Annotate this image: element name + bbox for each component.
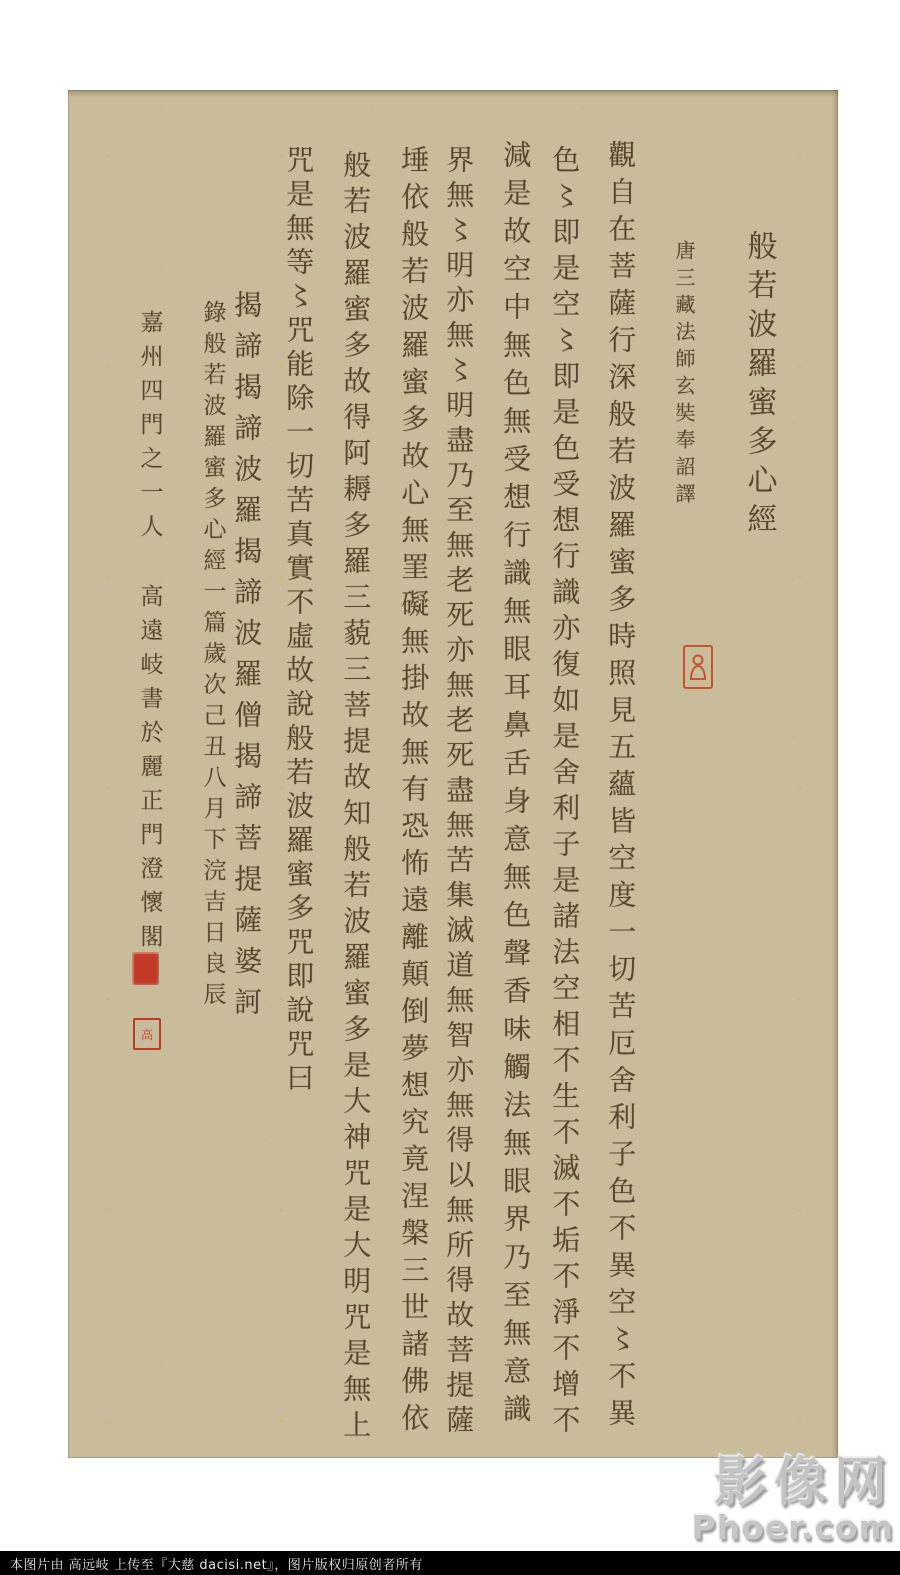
column-body-1: 觀自在菩薩行深般若波羅蜜多時照見五蘊皆空度一切苦厄舍利子色不異空〻不異 xyxy=(603,140,635,1435)
caption-text: 本图片由 高远岐 上传至『大慈 dacisi.net』，图片版权归原创者所有 xyxy=(0,1554,423,1573)
column-body-3: 減是故空中無色無受想行識無眼耳鼻舌身意無色聲香味觸法無眼界乃至無意識 xyxy=(498,140,530,1432)
column-body-2: 色〻即是空〻即是色受想行識亦復如是舍利子是諸法空相不生不滅不垢不淨不增不 xyxy=(547,145,579,1441)
column-body-7: 咒是無等〻咒能除一切苦真實不虛故說般若波羅蜜多咒即說咒曰 xyxy=(281,145,313,1097)
column-body-6: 般若波羅蜜多故得阿耨多羅三藐三菩提故知般若波羅蜜多是大神咒是大明咒是無上 xyxy=(338,150,370,1446)
calligraphy-paper: 般若波羅蜜多心經唐三藏法師玄奘奉詔譯觀自在菩薩行深般若波羅蜜多時照見五蘊皆空度一… xyxy=(68,90,838,1458)
column-body-4: 界無〻明亦無〻明盡乃至無老死亦無老死盡無苦集滅道無智亦無得以無所得故菩提薩 xyxy=(441,145,473,1440)
artist-seal-outline-glyph: 高 xyxy=(141,1026,153,1043)
photo-frame: 般若波羅蜜多心經唐三藏法師玄奘奉詔譯觀自在菩薩行深般若波羅蜜多時照見五蘊皆空度一… xyxy=(0,0,900,1575)
column-mantra: 揭諦揭諦波羅揭諦波羅僧揭諦菩提薩婆訶 xyxy=(229,290,261,1028)
column-colophon: 錄般若波羅蜜多心經一篇歲次己丑八月下浣吉日良辰 xyxy=(199,300,225,1013)
watermark-chinese-logo: 影像网 xyxy=(594,1456,894,1509)
artist-seal-solid xyxy=(132,952,159,985)
column-title-translator: 唐三藏法師玄奘奉詔譯 xyxy=(671,240,694,510)
column-signature: 嘉州四門之一人 高遠岐書於麗正門澄懷閣 xyxy=(136,310,162,958)
site-watermark: 影像网 Phoer.com xyxy=(594,1456,894,1544)
artist-seal-outline: 高 xyxy=(133,1018,161,1050)
column-body-5: 埵依般若波羅蜜多故心無罣礙無掛故無有恐怖遠離顛倒夢想究竟涅槃三世諸佛依 xyxy=(396,145,428,1440)
buddha-seal xyxy=(683,645,713,689)
column-title-main: 般若波羅蜜多心經 xyxy=(741,230,776,542)
watermark-domain-logo: Phoer.com xyxy=(594,1511,894,1544)
caption-bar: 本图片由 高远岐 上传至『大慈 dacisi.net』，图片版权归原创者所有 xyxy=(0,1551,900,1575)
